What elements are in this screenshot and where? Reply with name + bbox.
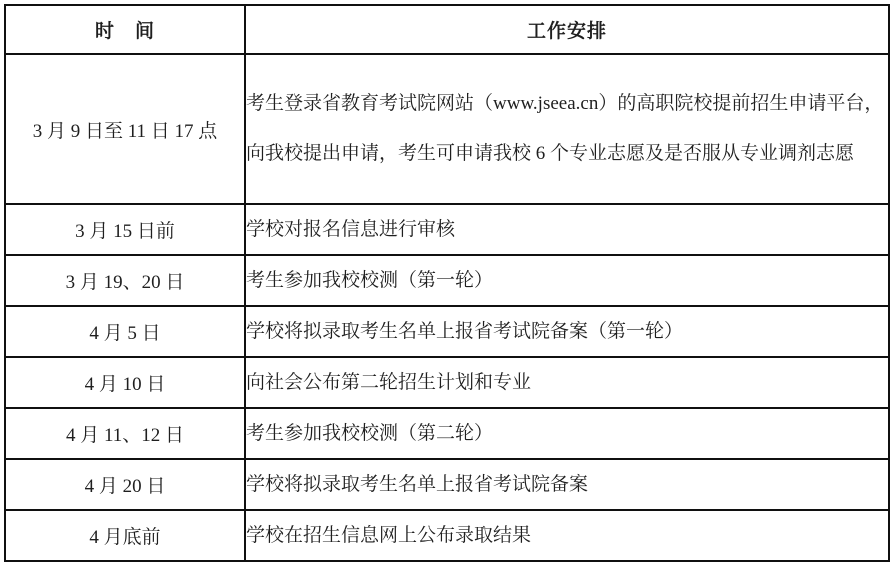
table-row: 3 月 15 日前学校对报名信息进行审核 [5,204,889,255]
schedule-table: 时 间 工作安排 3 月 9 日至 11 日 17 点考生登录省教育考试院网站（… [4,4,890,562]
work-column-header: 工作安排 [245,5,889,54]
time-cell: 4 月 5 日 [5,306,245,357]
table-row: 4 月 20 日学校将拟录取考生名单上报省考试院备案 [5,459,889,510]
time-cell: 4 月 20 日 [5,459,245,510]
table-row: 4 月 10 日向社会公布第二轮招生计划和专业 [5,357,889,408]
time-cell: 4 月 10 日 [5,357,245,408]
time-cell: 4 月 11、12 日 [5,408,245,459]
table-row: 4 月底前学校在招生信息网上公布录取结果 [5,510,889,561]
task-cell: 向社会公布第二轮招生计划和专业 [245,357,889,408]
task-cell: 学校在招生信息网上公布录取结果 [245,510,889,561]
task-cell: 学校将拟录取考生名单上报省考试院备案 [245,459,889,510]
document-page: 时 间 工作安排 3 月 9 日至 11 日 17 点考生登录省教育考试院网站（… [0,0,893,562]
task-cell: 学校对报名信息进行审核 [245,204,889,255]
task-cell: 学校将拟录取考生名单上报省考试院备案（第一轮） [245,306,889,357]
time-cell: 3 月 19、20 日 [5,255,245,306]
header-row: 时 间 工作安排 [5,5,889,54]
time-cell: 3 月 9 日至 11 日 17 点 [5,54,245,204]
task-cell: 考生参加我校校测（第二轮） [245,408,889,459]
time-cell: 3 月 15 日前 [5,204,245,255]
table-body: 3 月 9 日至 11 日 17 点考生登录省教育考试院网站（www.jseea… [5,54,889,561]
time-cell: 4 月底前 [5,510,245,561]
table-row: 3 月 19、20 日考生参加我校校测（第一轮） [5,255,889,306]
table-row: 4 月 11、12 日考生参加我校校测（第二轮） [5,408,889,459]
task-cell: 考生登录省教育考试院网站（www.jseea.cn）的高职院校提前招生申请平台，… [245,54,889,204]
table-row: 4 月 5 日学校将拟录取考生名单上报省考试院备案（第一轮） [5,306,889,357]
time-column-header: 时 间 [5,5,245,54]
task-cell: 考生参加我校校测（第一轮） [245,255,889,306]
table-row: 3 月 9 日至 11 日 17 点考生登录省教育考试院网站（www.jseea… [5,54,889,204]
